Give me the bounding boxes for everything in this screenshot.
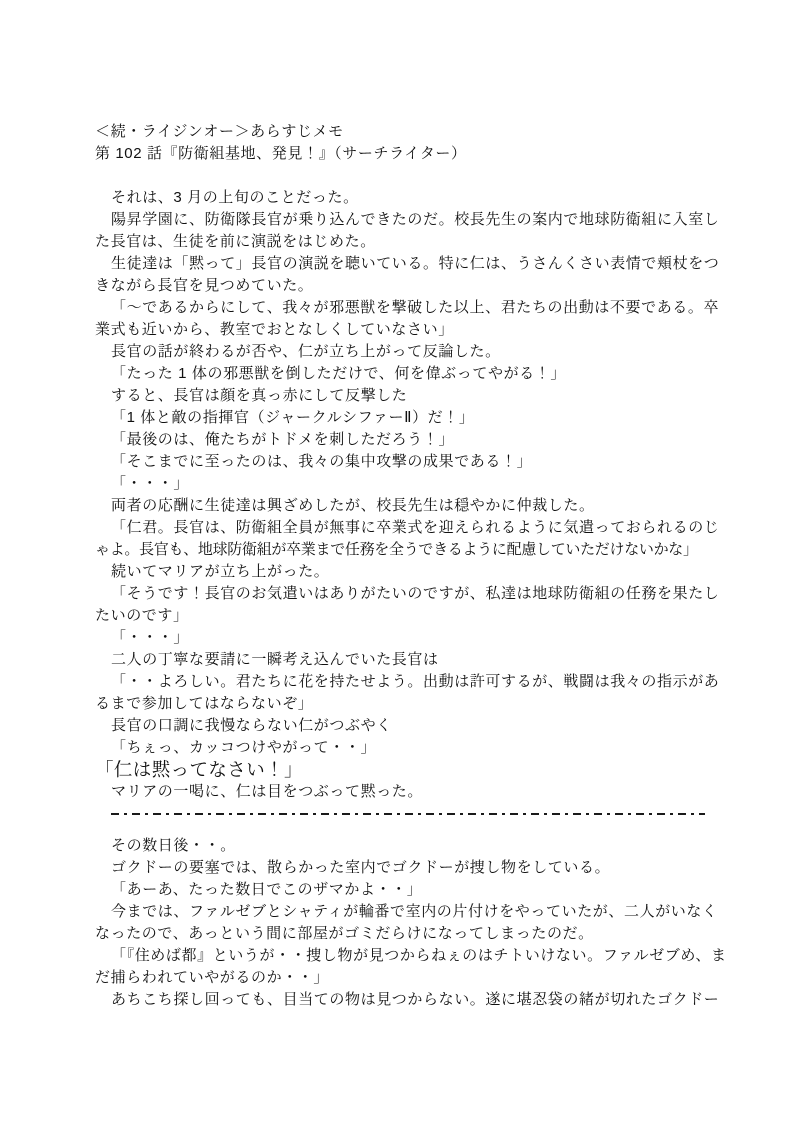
text-line: たいのです」 [95,605,711,627]
text-line: 「最後のは、俺たちがトドメを刺しただろう！」 [95,429,711,451]
episode-heading: 第 102 話『防衛組基地、発見！』（サーチライター） [95,143,711,165]
text-line: すると、長官は顔を真っ赤にして反撃した [95,385,711,407]
text-line: るまで参加してはならないぞ」 [95,693,711,715]
text-line: 二人の丁寧な要請に一瞬考え込んでいた長官は [95,649,711,671]
text-line: 「・・・」 [95,473,711,495]
text-line: きながら長官を見つめていた。 [95,275,711,297]
text-line: 生徒達は「黙って」長官の演説を聴いている。特に仁は、うさんくさい表情で頬杖をつ [95,253,711,275]
text-line: なったので、あっという間に部屋がゴミだらけになってしまったのだ。 [95,923,711,945]
text-line: 陽昇学園に、防衛隊長官が乗り込んできたのだ。校長先生の案内で地球防衛組に入室し [95,209,711,231]
dash-dot-separator [111,813,705,815]
text-line: 「1 体と敵の指揮官（ジャークルシファーⅡ）だ！」 [95,407,711,429]
text-line: あちこち探し回っても、目当ての物は見つからない。遂に堪忍袋の緒が切れたゴクドー [95,989,711,1011]
text-line: それは、3 月の上旬のことだった。 [95,187,711,209]
text-line: ゃよ。長官も、地球防衛組が卒業まで任務を全うできるように配慮していただけないかな… [95,539,711,561]
text-line: 両者の応酬に生徒達は興ざめしたが、校長先生は穏やかに仲裁した。 [95,495,711,517]
memo-title: ＜続・ライジンオー＞あらすじメモ [95,121,711,143]
text-line: 今までは、ファルゼブとシャティが輪番で室内の片付けをやっていたが、二人がいなく [95,901,711,923]
text-line: その数日後・・。 [95,835,711,857]
blank-line [95,165,711,187]
text-line: 「たった 1 体の邪悪獣を倒しただけで、何を偉ぶってやがる！」 [95,363,711,385]
text-line: 「あーあ、たった数日でこのザマかよ・・」 [95,879,711,901]
text-line: だ捕らわれていやがるのか・・」 [95,967,711,989]
text-line: 「ちぇっ、カッコつけやがって・・」 [95,737,711,759]
text-line: た長官は、生徒を前に演説をはじめた。 [95,231,711,253]
text-line: 「・・・」 [95,627,711,649]
text-line: 「仁は黙ってなさい！」 [95,759,711,781]
document-lines: ＜続・ライジンオー＞あらすじメモ第 102 話『防衛組基地、発見！』（サーチライ… [95,121,711,1011]
text-line: 長官の話が終わるが否や、仁が立ち上がって反論した。 [95,341,711,363]
text-line: 「～であるからにして、我々が邪悪獣を撃破した以上、君たちの出動は不要である。卒 [95,297,711,319]
document-page: ＜続・ライジンオー＞あらすじメモ第 102 話『防衛組基地、発見！』（サーチライ… [0,0,800,1131]
text-line: 長官の口調に我慢ならない仁がつぶやく [95,715,711,737]
text-line: 「そうです！長官のお気遣いはありがたいのですが、私達は地球防衛組の任務を果たし [95,583,711,605]
text-line: 「そこまでに至ったのは、我々の集中攻撃の成果である！」 [95,451,711,473]
text-line: ゴクドーの要塞では、散らかった室内でゴクドーが捜し物をしている。 [95,857,711,879]
text-line: マリアの一喝に、仁は目をつぶって黙った。 [95,781,711,803]
text-line: 続いてマリアが立ち上がった。 [95,561,711,583]
text-line: 「仁君。長官は、防衛組全員が無事に卒業式を迎えられるように気遣っておられるのじ [95,517,711,539]
text-line: 業式も近いから、教室でおとなしくしていなさい」 [95,319,711,341]
text-line: 「・・よろしい。君たちに花を持たせよう。出動は許可するが、戦闘は我々の指示があ [95,671,711,693]
text-line: 「『住めば都』というが・・捜し物が見つからねぇのはチトいけない。ファルゼブめ、ま [95,945,711,967]
separator-line [95,813,711,835]
